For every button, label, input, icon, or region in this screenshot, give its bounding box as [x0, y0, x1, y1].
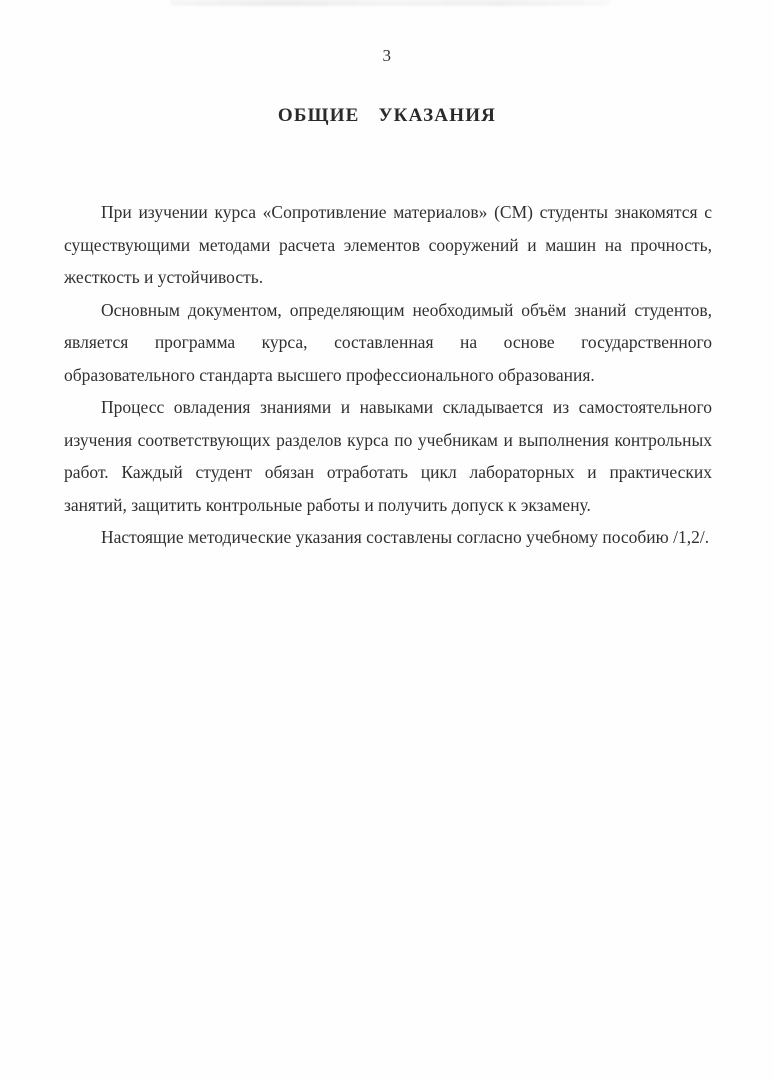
paragraph-2: Основным документом, определяющим необхо…: [64, 294, 712, 392]
paragraph-3: Процесс овладения знаниями и навыками ск…: [64, 391, 712, 521]
document-body: При изучении курса «Сопротивление матери…: [64, 196, 712, 554]
paragraph-1: При изучении курса «Сопротивление матери…: [64, 196, 712, 294]
page-number: 3: [0, 46, 774, 66]
document-page: 3 ОБЩИЕ УКАЗАНИЯ При изучении курса «Соп…: [0, 0, 774, 1080]
page-title: ОБЩИЕ УКАЗАНИЯ: [0, 105, 774, 127]
paragraph-4: Настоящие методические указания составле…: [64, 521, 712, 554]
scan-artifact: [170, 0, 610, 6]
